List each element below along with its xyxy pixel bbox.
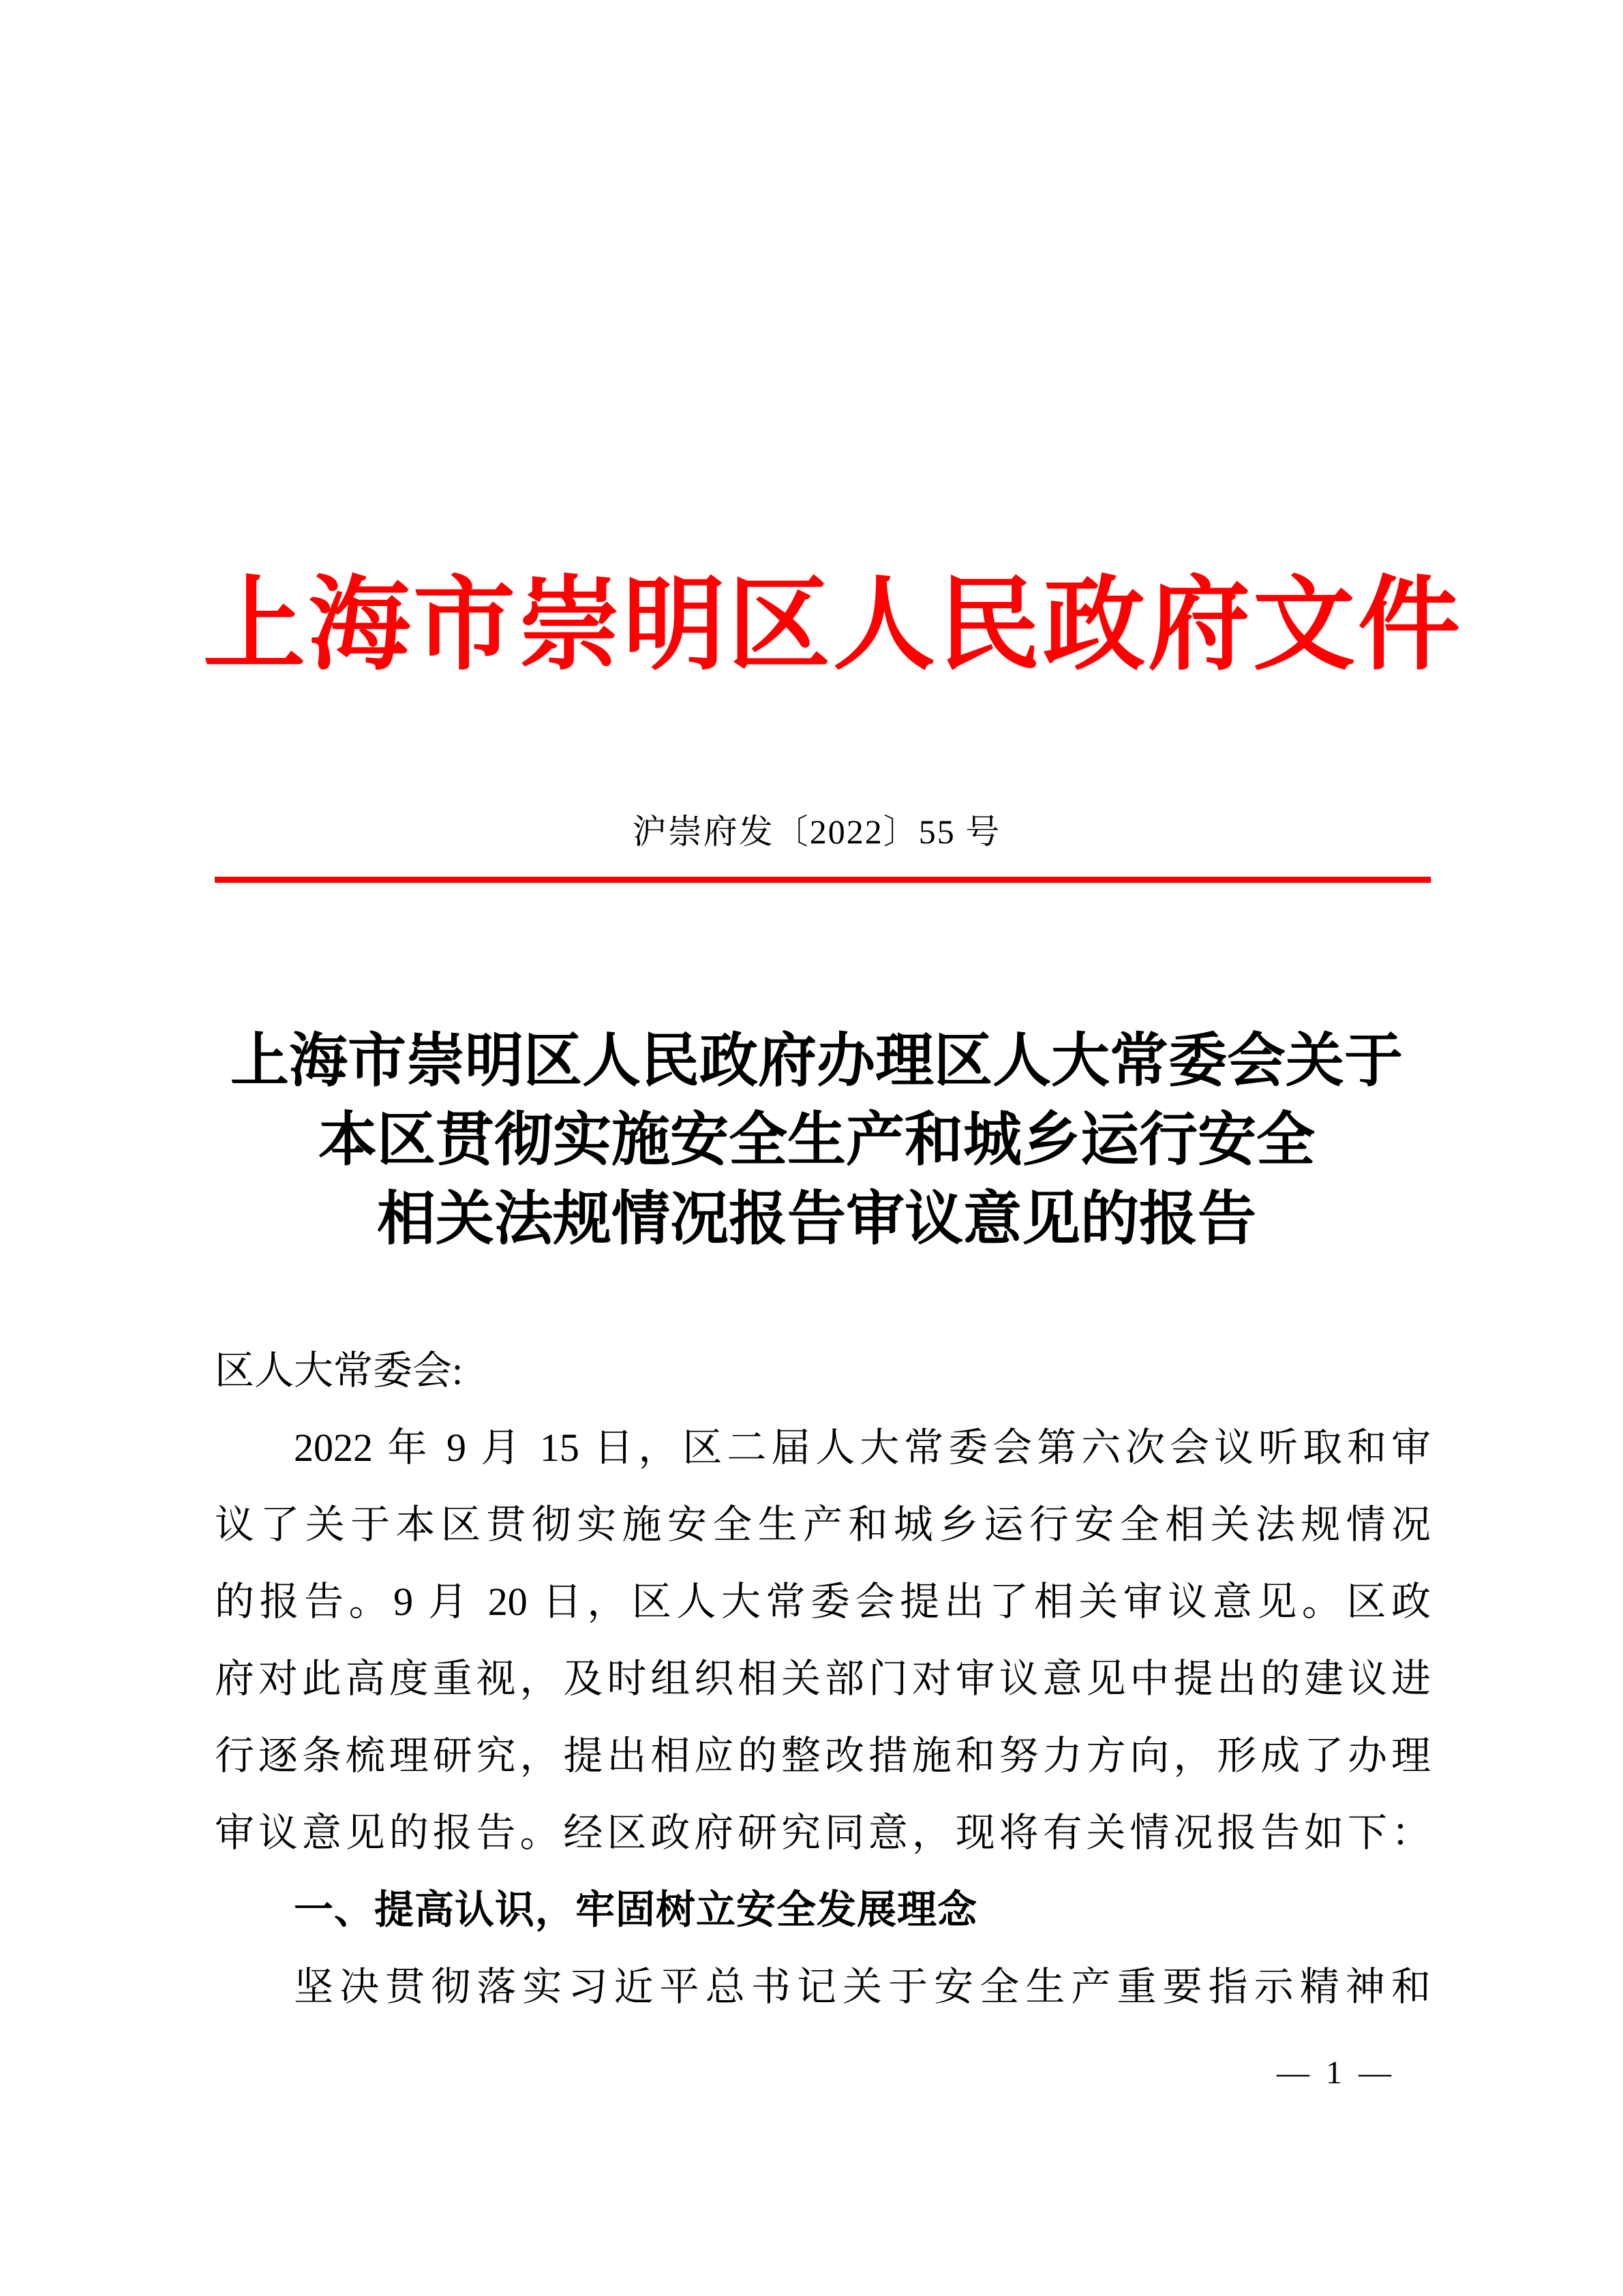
paragraph-1-line-5: 行逐条梳理研究，提出相应的整改措施和努力方向，形成了办理 [215, 1717, 1431, 1794]
government-document-page: 上海市崇明区人民政府文件 沪崇府发〔2022〕55 号 上海市崇明区人民政府办理… [0, 0, 1623, 2296]
salutation: 区人大常委会: [215, 1332, 1431, 1409]
agency-masthead-title: 上海市崇明区人民政府文件 [203, 568, 1430, 684]
paragraph-2-line-1: 坚决贯彻落实习近平总书记关于安全生产重要指示精神和 [215, 1948, 1431, 2025]
document-body: 区人大常委会: 2022 年 9 月 15 日，区二届人大常委会第六次会议听取和… [215, 1332, 1431, 2025]
paragraph-1-line-2: 议了关于本区贯彻实施安全生产和城乡运行安全相关法规情况 [215, 1486, 1431, 1563]
document-title-line-3: 相关法规情况报告审议意见的报告 [203, 1179, 1430, 1258]
document-issue-number: 沪崇府发〔2022〕55 号 [203, 811, 1430, 852]
document-title-line-2: 本区贯彻实施安全生产和城乡运行安全 [203, 1100, 1430, 1179]
red-divider-rule [215, 877, 1431, 883]
paragraph-1-line-3: 的报告。9 月 20 日，区人大常委会提出了相关审议意见。区政 [215, 1563, 1431, 1640]
paragraph-1-line-4: 府对此高度重视，及时组织相关部门对审议意见中提出的建议进 [215, 1640, 1431, 1717]
section-1-heading: 一、提高认识，牢固树立安全发展理念 [215, 1871, 1431, 1948]
document-title-line-1: 上海市崇明区人民政府办理区人大常委会关于 [203, 1021, 1430, 1100]
page-number: — 1 — [215, 2055, 1431, 2091]
paragraph-1-line-1: 2022 年 9 月 15 日，区二届人大常委会第六次会议听取和审 [215, 1409, 1431, 1486]
paragraph-1-line-6: 审议意见的报告。经区政府研究同意，现将有关情况报告如下： [215, 1794, 1431, 1871]
document-title: 上海市崇明区人民政府办理区人大常委会关于 本区贯彻实施安全生产和城乡运行安全 相… [203, 1021, 1430, 1258]
